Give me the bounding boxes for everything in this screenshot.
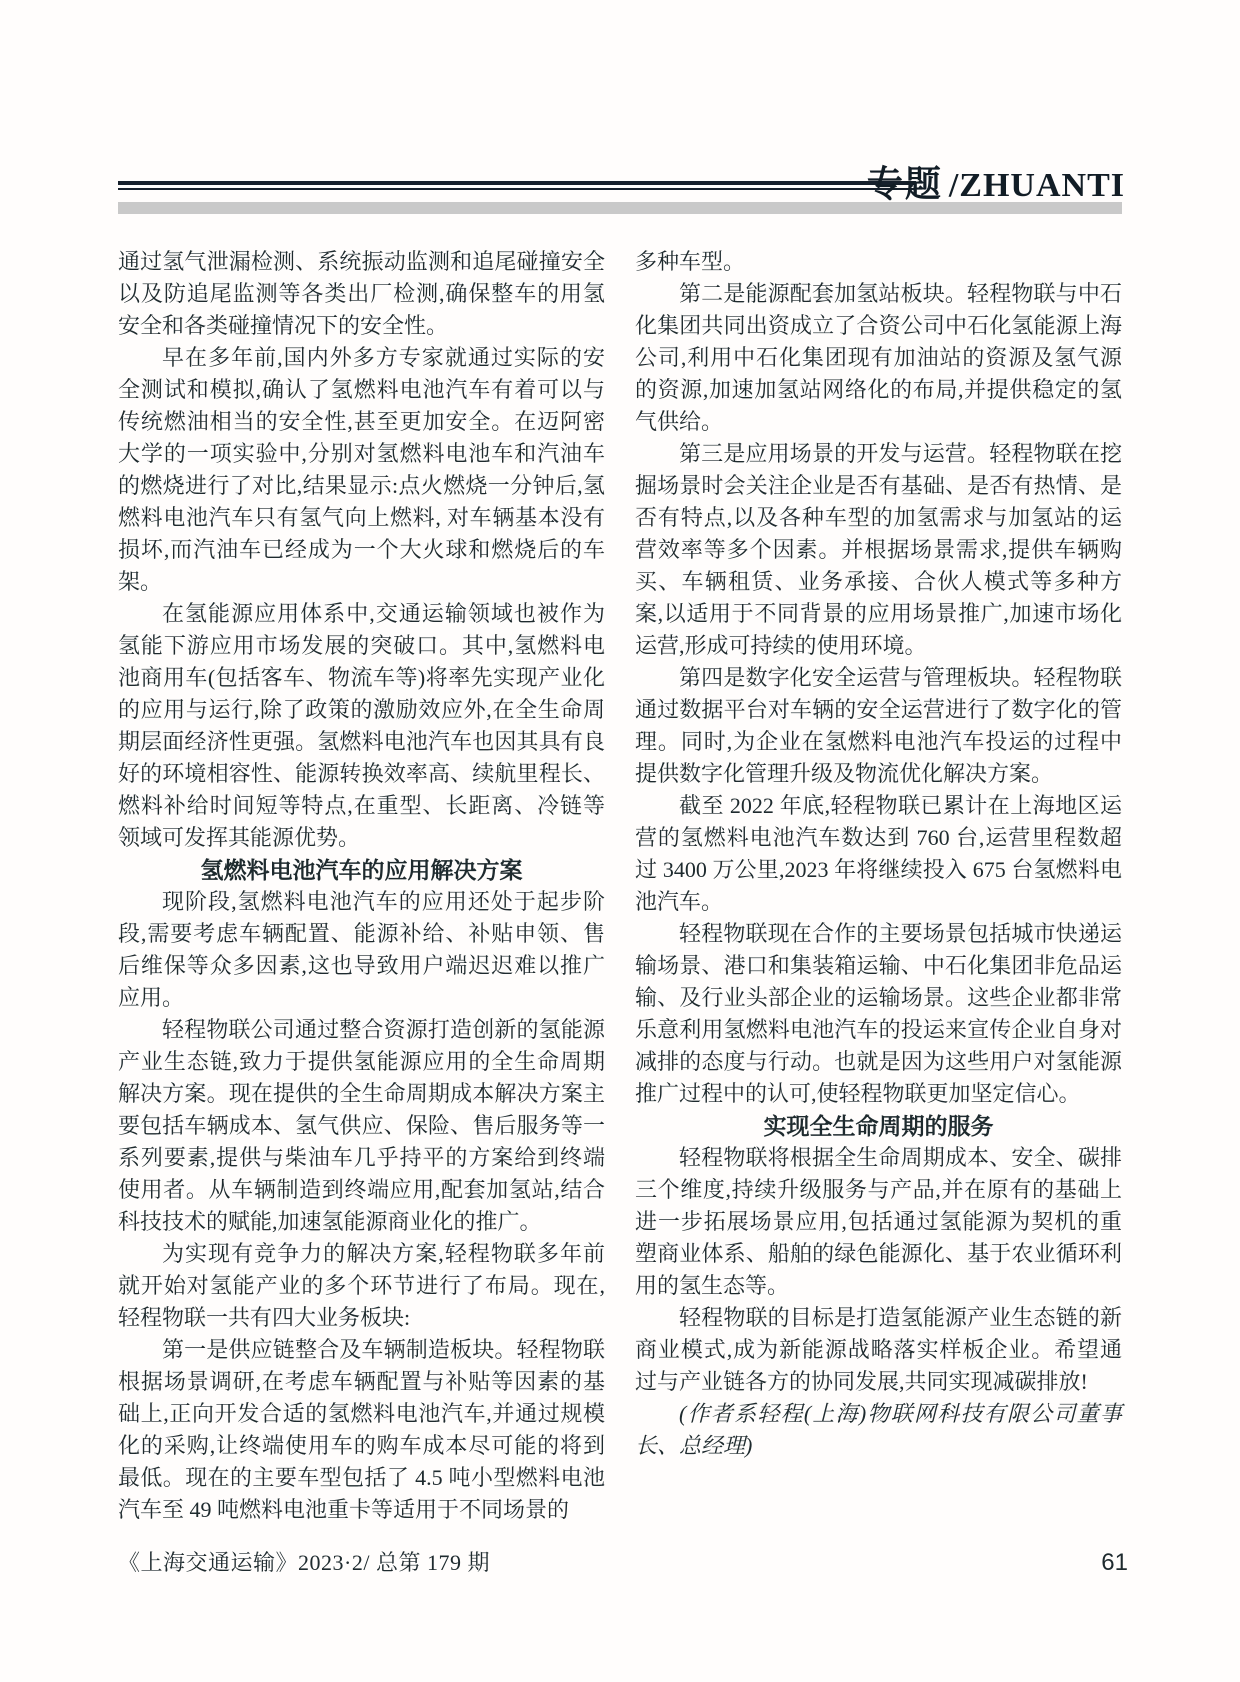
paragraph: 通过氢气泄漏检测、系统振动监测和追尾碰撞安全以及防追尾监测等各类出厂检测,确保整… [118,246,605,342]
journal-issue-label: 《上海交通运输》2023·2/ 总第 179 期 [118,1546,490,1577]
paragraph: 多种车型。 [635,246,1122,278]
paragraph: 第一是供应链整合及车辆制造板块。轻程物联根据场景调研,在考虑车辆配置与补贴等因素… [118,1334,605,1526]
header-double-rule [118,181,916,190]
header-gray-bar [118,202,1122,214]
page-footer: 《上海交通运输》2023·2/ 总第 179 期 61 [118,1546,1128,1577]
paragraph: 为实现有竞争力的解决方案,轻程物联多年前就开始对氢能产业的多个环节进行了布局。现… [118,1238,605,1334]
magazine-page: 专题/ZHUANTI 通过氢气泄漏检测、系统振动监测和追尾碰撞安全以及防追尾监测… [0,0,1240,1682]
paragraph: 第二是能源配套加氢站板块。轻程物联与中石化集团共同出资成立了合资公司中石化氢能源… [635,278,1122,438]
paragraph: 轻程物联将根据全生命周期成本、安全、碳排三个维度,持续升级服务与产品,并在原有的… [635,1142,1122,1302]
paragraph: 在氢能源应用体系中,交通运输领域也被作为氢能下游应用市场发展的突破口。其中,氢燃… [118,598,605,854]
paragraph: 现阶段,氢燃料电池汽车的应用还处于起步阶段,需要考虑车辆配置、能源补给、补贴申领… [118,886,605,1014]
article-body: 通过氢气泄漏检测、系统振动监测和追尾碰撞安全以及防追尾监测等各类出厂检测,确保整… [118,246,1122,1526]
section-heading: 实现全生命周期的服务 [635,1110,1122,1142]
paragraph: 截至 2022 年底,轻程物联已累计在上海地区运营的氢燃料电池汽车数达到 760… [635,790,1122,918]
author-note: (作者系轻程(上海)物联网科技有限公司董事长、总经理) [635,1398,1122,1462]
paragraph: 第四是数字化安全运营与管理板块。轻程物联通过数据平台对车辆的安全运营进行了数字化… [635,662,1122,790]
section-title-pinyin: /ZHUANTI [949,167,1125,204]
section-title-chinese: 专题 [867,163,943,204]
right-column: 多种车型。 第二是能源配套加氢站板块。轻程物联与中石化集团共同出资成立了合资公司… [635,246,1122,1526]
paragraph: 早在多年前,国内外多方专家就通过实际的安全测试和模拟,确认了氢燃料电池汽车有着可… [118,342,605,598]
paragraph: 轻程物联公司通过整合资源打造创新的氢能源产业生态链,致力于提供氢能源应用的全生命… [118,1014,605,1238]
paragraph: 第三是应用场景的开发与运营。轻程物联在挖掘场景时会关注企业是否有基础、是否有热情… [635,438,1122,662]
paragraph: 轻程物联的目标是打造氢能源产业生态链的新商业模式,成为新能源战略落实样板企业。希… [635,1302,1122,1398]
paragraph: 轻程物联现在合作的主要场景包括城市快递运输场景、港口和集装箱运输、中石化集团非危… [635,918,1122,1110]
page-number: 61 [1101,1549,1128,1577]
left-column: 通过氢气泄漏检测、系统振动监测和追尾碰撞安全以及防追尾监测等各类出厂检测,确保整… [118,246,605,1526]
section-heading: 氢燃料电池汽车的应用解决方案 [118,854,605,886]
